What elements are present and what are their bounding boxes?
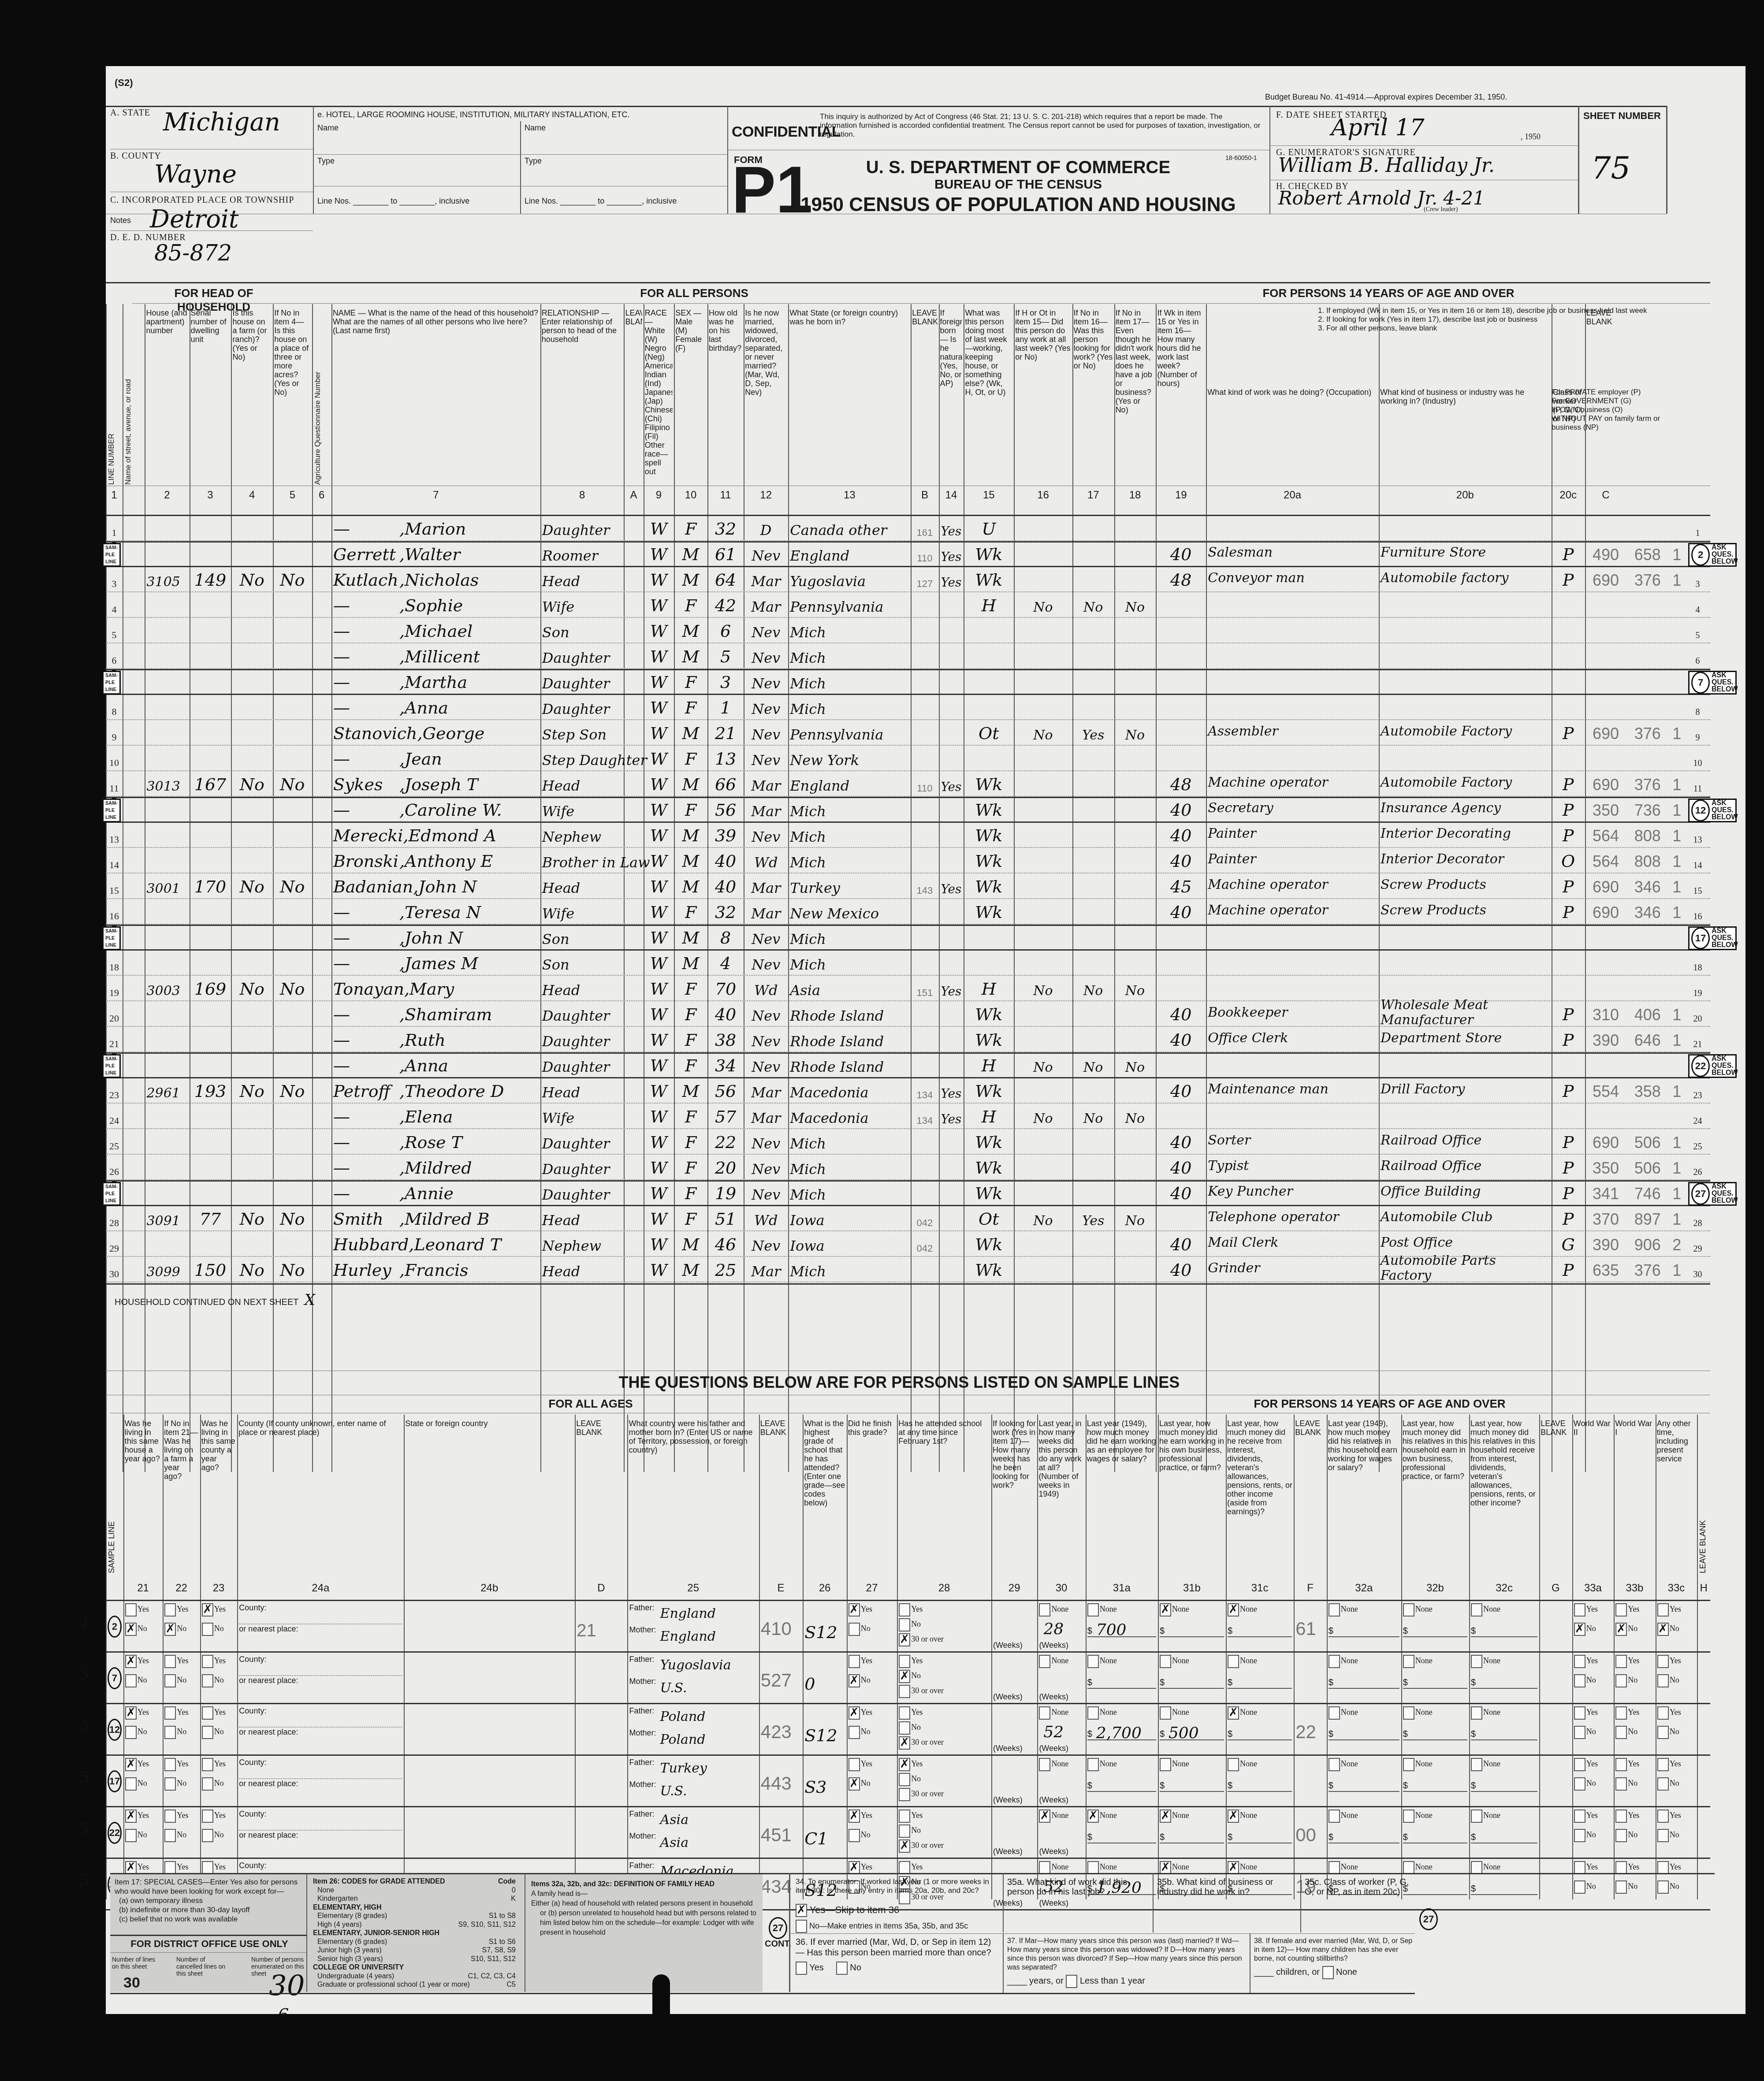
yes-checkbox[interactable]	[1657, 1758, 1669, 1771]
cell-code-industry: 406	[1628, 1001, 1667, 1027]
yes-checkbox[interactable]	[1574, 1758, 1585, 1771]
cell-code-class	[1670, 516, 1683, 541]
yes-checkbox[interactable]	[1657, 1861, 1669, 1874]
yes-checkbox[interactable]	[1657, 1706, 1669, 1720]
none-checkbox[interactable]	[1160, 1706, 1171, 1720]
no-checkbox[interactable]: ✗	[164, 1623, 176, 1636]
weeks-none[interactable]	[1039, 1758, 1050, 1771]
none-checkbox[interactable]	[1087, 1861, 1099, 1874]
yes-checkbox[interactable]	[202, 1861, 213, 1874]
none-checkbox[interactable]	[1087, 1655, 1099, 1668]
none-checkbox[interactable]	[1329, 1655, 1340, 1668]
no-checkbox[interactable]	[1657, 1726, 1669, 1739]
hotel-type-label-2: Type	[525, 156, 542, 165]
yes-checkbox[interactable]	[164, 1603, 176, 1616]
cell-name: —, Elena	[333, 1104, 539, 1129]
income-32b: None$	[1403, 1603, 1467, 1650]
cell-leave-blank-b: 110	[912, 541, 937, 567]
none-checkbox[interactable]	[1087, 1706, 1099, 1720]
cell-birthplace: Pennsylvania	[790, 592, 909, 618]
no-checkbox[interactable]	[1657, 1674, 1669, 1687]
cell-code-occupation: 690	[1587, 899, 1625, 925]
cell-q17	[1074, 899, 1113, 925]
cell-name: —, Shamiram	[333, 1001, 539, 1027]
grade-code-value: S10, S11, S12	[471, 1955, 516, 1964]
no-checkbox[interactable]	[1657, 1777, 1669, 1791]
mother-birthplace: U.S.	[660, 1784, 687, 1799]
none-checkbox[interactable]	[1228, 1758, 1239, 1771]
cell-class-of-worker: P	[1553, 822, 1583, 848]
cell-sex: M	[676, 822, 706, 848]
no-checkbox[interactable]	[1574, 1674, 1585, 1687]
income-32b: None$	[1403, 1706, 1467, 1753]
weeks-worked-value: 28	[1043, 1620, 1064, 1638]
school-yes[interactable]	[899, 1706, 910, 1720]
cell-hours	[1157, 1052, 1204, 1078]
surname: —	[333, 1005, 399, 1024]
none-checkbox[interactable]	[1329, 1861, 1340, 1874]
weeks-none[interactable]	[1039, 1861, 1050, 1874]
yes-checkbox[interactable]: ✗	[125, 1810, 137, 1823]
yes-no-21: ✗YesNo	[125, 1758, 161, 1804]
none-checkbox[interactable]	[1403, 1810, 1414, 1823]
cell-relationship: Wife	[542, 1104, 622, 1129]
given-name: Millicent	[405, 647, 480, 666]
no-checkbox[interactable]	[164, 1777, 176, 1791]
lines-on-sheet: 30	[123, 1974, 140, 1992]
yes-checkbox[interactable]	[1574, 1603, 1585, 1616]
table-row: 13Merecki, Edmond ANephewWM39NevMichWk40…	[106, 822, 1745, 848]
none-checkbox[interactable]	[1403, 1655, 1414, 1668]
column-number-q18: 18	[1114, 489, 1156, 502]
none-checkbox[interactable]	[1471, 1706, 1482, 1720]
yes-checkbox[interactable]	[1574, 1655, 1585, 1668]
cell-leave-blank-b	[912, 822, 937, 848]
margin-note: 5	[79, 1820, 89, 1838]
no-checkbox[interactable]	[164, 1674, 176, 1687]
yes-checkbox[interactable]	[1574, 1810, 1585, 1823]
no-checkbox[interactable]	[1574, 1726, 1585, 1739]
finished-grade: Yes✗No	[849, 1655, 895, 1701]
school-30-over[interactable]: ✗	[899, 1839, 910, 1853]
no-checkbox[interactable]: ✗	[125, 1623, 137, 1636]
none-checkbox[interactable]	[1403, 1706, 1414, 1720]
column-number-agq: 6	[312, 489, 331, 502]
cell-code-industry	[1628, 695, 1667, 720]
yes-checkbox[interactable]	[1615, 1706, 1627, 1720]
column-header-house: House (and apartment) number	[146, 308, 188, 485]
yes-checkbox[interactable]	[202, 1655, 213, 1668]
finished-yes[interactable]: ✗	[849, 1603, 860, 1616]
no-checkbox[interactable]	[1615, 1829, 1627, 1842]
none-checkbox[interactable]	[1403, 1861, 1414, 1874]
cell-industry: Interior Decorator	[1381, 848, 1550, 873]
cell-birthplace: Asia	[790, 976, 909, 1001]
none-checkbox[interactable]	[1471, 1603, 1482, 1616]
cell-age: 40	[709, 848, 742, 873]
cell-marital: Nev	[745, 1001, 786, 1027]
cell-acres	[275, 1001, 310, 1027]
no-checkbox[interactable]	[1615, 1726, 1627, 1739]
form-code: 18-60050-1	[1225, 154, 1257, 161]
sample-circle: 22	[1691, 1055, 1710, 1077]
cell-marital: Nev	[745, 669, 786, 695]
q34-yes-checkbox[interactable]: ✗	[796, 1904, 807, 1917]
table-row: 24—, ElenaWifeWF57MarMacedonia134YesHNoN…	[106, 1104, 1745, 1129]
finished-no[interactable]: ✗	[849, 1777, 860, 1791]
cell-q16	[1016, 643, 1071, 669]
line-number: 24	[108, 1104, 121, 1129]
cell-occupation: Bookkeeper	[1208, 1001, 1377, 1027]
county-value: Wayne	[154, 160, 237, 189]
cell-marital: Nev	[745, 1155, 786, 1180]
no-checkbox[interactable]	[164, 1829, 176, 1842]
sample-header-21: Was he living in this same house a year …	[125, 1419, 162, 1573]
cell-class-of-worker	[1553, 643, 1583, 669]
weeks-none[interactable]	[1039, 1706, 1050, 1720]
school-yes[interactable]	[899, 1603, 910, 1616]
column-header-q17: If No in item 16— Was this person lookin…	[1074, 308, 1113, 485]
cell-q16	[1016, 899, 1071, 925]
sample-line-circle: 2	[108, 1603, 122, 1650]
finished-no[interactable]	[849, 1623, 860, 1636]
school-30-over[interactable]: ✗	[899, 1633, 910, 1646]
line-number: 16	[108, 899, 121, 925]
cell-age: 6	[709, 618, 742, 643]
yes-checkbox[interactable]: ✗	[202, 1603, 213, 1616]
no-checkbox[interactable]	[202, 1623, 213, 1636]
no-checkbox[interactable]	[125, 1674, 137, 1687]
cell-serial-number	[191, 669, 230, 695]
cell-relationship: Step Daughter	[542, 746, 622, 771]
no-checkbox[interactable]	[1615, 1674, 1627, 1687]
sample-row: 125✗YesNoYesNoYesNoCounty:or nearest pla…	[106, 1704, 1745, 1755]
finished-no[interactable]	[849, 1726, 860, 1739]
income-31b: None$	[1160, 1758, 1224, 1804]
cell-leave-blank-b	[912, 1129, 937, 1155]
yes-checkbox[interactable]	[164, 1861, 176, 1874]
cell-race: W	[645, 720, 673, 746]
none-checkbox[interactable]	[1471, 1758, 1482, 1771]
school-no[interactable]	[899, 1773, 910, 1786]
cell-sex: F	[676, 797, 706, 822]
finished-no[interactable]	[849, 1829, 860, 1842]
none-checkbox[interactable]	[1087, 1603, 1099, 1616]
q37-less-label: Less than 1 year	[1080, 1976, 1145, 1986]
finished-yes[interactable]: ✗	[849, 1861, 860, 1874]
cell-birthplace: Mich	[790, 1155, 909, 1180]
no-checkbox[interactable]	[125, 1726, 137, 1739]
no-checkbox[interactable]	[202, 1829, 213, 1842]
cell-class-of-worker: P	[1553, 1001, 1583, 1027]
no-checkbox[interactable]	[125, 1829, 137, 1842]
no-checkbox[interactable]	[164, 1726, 176, 1739]
school-no[interactable]	[899, 1825, 910, 1838]
given-name: Anna	[405, 698, 448, 717]
school-30-over[interactable]	[899, 1685, 910, 1698]
sample-number-33a: 33a	[1572, 1582, 1614, 1594]
none-checkbox[interactable]	[1471, 1810, 1482, 1823]
no-checkbox[interactable]	[1615, 1880, 1627, 1894]
yes-no-21: Yes✗No	[125, 1603, 161, 1650]
none-checkbox[interactable]	[1329, 1810, 1340, 1823]
cell-activity	[965, 925, 1012, 950]
finished-yes[interactable]: ✗	[849, 1810, 860, 1823]
none-checkbox[interactable]: ✗	[1228, 1603, 1239, 1616]
sample-header-32a: Last year (1949), how much money did his…	[1328, 1419, 1400, 1573]
q36-no-checkbox[interactable]	[836, 1962, 848, 1975]
none-checkbox[interactable]: ✗	[1160, 1861, 1171, 1874]
no-checkbox[interactable]	[1574, 1777, 1585, 1791]
cell-name: Bronski, Anthony E	[333, 848, 539, 873]
yes-checkbox[interactable]	[1657, 1810, 1669, 1823]
school-30-over[interactable]	[899, 1788, 910, 1801]
none-checkbox[interactable]	[1228, 1655, 1239, 1668]
section-all-ages: FOR ALL AGES	[110, 1397, 1071, 1411]
cell-occupation: Telephone operator	[1208, 1206, 1377, 1231]
given-name: Caroline W.	[405, 800, 502, 820]
sample-header-33a: World War II	[1574, 1419, 1612, 1573]
grade-code-row: None0	[313, 1886, 516, 1895]
yes-checkbox[interactable]: ✗	[125, 1706, 137, 1720]
q34-no-checkbox[interactable]	[796, 1920, 807, 1933]
column-number-q17: 17	[1072, 489, 1114, 502]
yes-checkbox[interactable]	[1615, 1758, 1627, 1771]
none-checkbox[interactable]: ✗	[1228, 1706, 1239, 1720]
line-number: 23	[108, 1078, 121, 1104]
none-checkbox[interactable]	[1160, 1655, 1171, 1668]
school-no[interactable]	[899, 1618, 910, 1631]
cell-q18	[1116, 541, 1154, 567]
grade-code-label: Undergraduate (4 years)	[317, 1972, 394, 1981]
cell-code-class: 1	[1670, 541, 1683, 567]
line-number-right: 14	[1687, 848, 1708, 873]
yes-checkbox[interactable]	[1615, 1603, 1627, 1616]
finished-no[interactable]: ✗	[849, 1674, 860, 1687]
weeks-none[interactable]	[1039, 1655, 1050, 1668]
q36-yes-checkbox[interactable]	[796, 1962, 807, 1975]
father-birthplace: Turkey	[660, 1761, 707, 1776]
mother-birthplace: Asia	[660, 1835, 688, 1851]
cell-acres	[275, 695, 310, 720]
cell-naturalized	[941, 643, 962, 669]
cell-acres: No	[275, 567, 310, 592]
yes-checkbox[interactable]	[1574, 1861, 1585, 1874]
no-checkbox[interactable]	[125, 1777, 137, 1791]
cell-relationship: Son	[542, 950, 622, 976]
cell-occupation: Machine operator	[1208, 899, 1377, 925]
cell-age: 64	[709, 567, 742, 592]
no-checkbox[interactable]	[1657, 1880, 1669, 1894]
yes-checkbox[interactable]	[164, 1655, 176, 1668]
yes-checkbox[interactable]	[164, 1706, 176, 1720]
sample-line-number: 22	[108, 1822, 122, 1844]
sample-header-31a: Last year (1949), how much money did he …	[1087, 1419, 1157, 1573]
given-name: Annie	[405, 1184, 454, 1203]
line-number-right: 4	[1687, 592, 1708, 618]
weeks-none[interactable]: ✗	[1039, 1810, 1050, 1823]
yes-checkbox[interactable]	[1615, 1810, 1627, 1823]
cell-birthplace: New York	[790, 746, 909, 771]
finished-yes[interactable]	[849, 1758, 860, 1771]
yes-checkbox[interactable]	[1574, 1706, 1585, 1720]
school-30-over[interactable]: ✗	[899, 1736, 910, 1750]
cell-house-number	[146, 822, 187, 848]
line-number-right: 20	[1687, 1001, 1708, 1027]
none-checkbox[interactable]	[1329, 1706, 1340, 1720]
q34-text: 34. To enumerator: If worked last year (…	[796, 1877, 1003, 1895]
yes-checkbox[interactable]: ✗	[125, 1655, 137, 1668]
none-checkbox[interactable]	[1160, 1758, 1171, 1771]
none-checkbox[interactable]	[1471, 1655, 1482, 1668]
cell-hours	[1157, 950, 1204, 976]
none-checkbox[interactable]: ✗	[1160, 1810, 1171, 1823]
none-checkbox[interactable]	[1329, 1603, 1340, 1616]
checked-signature: Robert Arnold Jr. 4-21	[1278, 187, 1485, 209]
cell-race: W	[645, 592, 673, 618]
yes-checkbox[interactable]	[202, 1758, 213, 1771]
cell-occupation: Machine operator	[1208, 771, 1377, 797]
cell-serial-number	[191, 720, 230, 746]
no-checkbox[interactable]: ✗	[1574, 1623, 1585, 1636]
cell-occupation: Typist	[1208, 1155, 1377, 1180]
income-32c: None$	[1471, 1861, 1537, 1907]
surname: —	[333, 1107, 399, 1126]
finished-yes[interactable]: ✗	[849, 1706, 860, 1720]
cell-naturalized: Yes	[941, 541, 962, 567]
none-checkbox[interactable]	[1329, 1758, 1340, 1771]
school-no[interactable]: ✗	[899, 1670, 910, 1683]
cell-relationship: Wife	[542, 797, 622, 822]
cell-q17	[1074, 848, 1113, 873]
no-checkbox[interactable]	[1574, 1829, 1585, 1842]
none-checkbox[interactable]	[1403, 1603, 1414, 1616]
cell-q18	[1116, 925, 1154, 950]
cell-hours: 40	[1157, 541, 1204, 567]
cell-marital: Nev	[745, 695, 786, 720]
no-checkbox[interactable]	[202, 1726, 213, 1739]
yes-checkbox[interactable]	[125, 1603, 137, 1616]
none-checkbox[interactable]: ✗	[1228, 1810, 1239, 1823]
given-name: Edmond A	[408, 826, 496, 845]
cell-naturalized: Yes	[941, 771, 962, 797]
cell-age: 25	[709, 1257, 742, 1282]
yes-checkbox[interactable]	[202, 1706, 213, 1720]
weeks-none[interactable]	[1039, 1603, 1050, 1616]
none-checkbox[interactable]: ✗	[1087, 1810, 1099, 1823]
yes-no-22: Yes✗No	[164, 1603, 198, 1650]
no-checkbox[interactable]	[1657, 1829, 1669, 1842]
cell-race: W	[645, 1180, 673, 1206]
cell-activity: Wk	[965, 771, 1012, 797]
column-header-race: RACE — White (W) Negro (Neg) American In…	[645, 308, 673, 485]
cell-leave-blank-b	[912, 1001, 937, 1027]
none-checkbox[interactable]: ✗	[1160, 1603, 1171, 1616]
cell-occupation: Grinder	[1208, 1257, 1377, 1282]
cell-q18	[1116, 1001, 1154, 1027]
cell-q17	[1074, 950, 1113, 976]
no-checkbox[interactable]	[1615, 1777, 1627, 1791]
table-row: 12—, Caroline W.WifeWF56MarMichWk40Secre…	[106, 797, 1745, 822]
yes-checkbox[interactable]	[164, 1810, 176, 1823]
cell-industry	[1381, 746, 1550, 771]
cell-leave-blank-b: 143	[912, 873, 937, 899]
grade-code-row: ELEMENTARY, HIGH	[313, 1903, 516, 1912]
q37: 37. If Mar—How many years since this per…	[1007, 1937, 1245, 1988]
column-number-age: 11	[707, 489, 744, 502]
yes-checkbox[interactable]	[1615, 1861, 1627, 1874]
school-yes[interactable]: ✗	[899, 1758, 910, 1771]
cell-birthplace: Mich	[790, 695, 909, 720]
cell-farm	[233, 643, 271, 669]
grade-code-label: ELEMENTARY, HIGH	[313, 1903, 382, 1912]
state-label: a. STATE	[110, 108, 150, 118]
given-name: Mary	[409, 979, 454, 999]
yes-checkbox[interactable]	[1657, 1655, 1669, 1668]
hotel-type-label-1: Type	[317, 156, 335, 165]
none-checkbox[interactable]	[1087, 1758, 1099, 1771]
school-yes[interactable]	[899, 1861, 910, 1874]
q37-less-checkbox[interactable]	[1066, 1975, 1077, 1988]
yes-checkbox[interactable]: ✗	[125, 1758, 137, 1771]
cell-house-number	[146, 746, 187, 771]
cell-sex: F	[676, 746, 706, 771]
school-yes[interactable]	[899, 1655, 910, 1668]
none-checkbox[interactable]	[1403, 1758, 1414, 1771]
no-checkbox[interactable]	[202, 1777, 213, 1791]
given-name: Anthony E	[405, 851, 493, 871]
none-checkbox[interactable]	[1471, 1861, 1482, 1874]
cell-code-occupation	[1587, 746, 1625, 771]
cell-class-of-worker	[1553, 925, 1583, 950]
yes-checkbox[interactable]	[164, 1758, 176, 1771]
no-checkbox[interactable]	[202, 1674, 213, 1687]
no-checkbox[interactable]: ✗	[1657, 1623, 1669, 1636]
cell-activity: Wk	[965, 1001, 1012, 1027]
place-value: Detroit	[150, 205, 238, 234]
school-no[interactable]	[899, 1721, 910, 1735]
cell-q17	[1074, 1231, 1113, 1257]
cell-q16	[1016, 695, 1071, 720]
school-yes[interactable]	[899, 1810, 910, 1823]
no-checkbox[interactable]: ✗	[1615, 1623, 1627, 1636]
yes-checkbox[interactable]	[202, 1810, 213, 1823]
cell-code-occupation: 370	[1587, 1206, 1625, 1231]
yes-no-33c: YesNo	[1657, 1810, 1695, 1856]
yes-checkbox[interactable]	[1657, 1603, 1669, 1616]
yes-checkbox[interactable]: ✗	[125, 1861, 137, 1874]
q38-none-checkbox[interactable]	[1322, 1966, 1334, 1979]
cell-marital: Mar	[745, 567, 786, 592]
cell-q16	[1016, 1129, 1071, 1155]
none-checkbox[interactable]: ✗	[1228, 1861, 1239, 1874]
given-name: John N	[418, 877, 476, 896]
table-row: 7—, MarthaDaughterWF3NevMich77ASK QUES. …	[106, 669, 1745, 695]
cell-hours: 40	[1157, 822, 1204, 848]
yes-checkbox[interactable]	[1615, 1655, 1627, 1668]
margin-note: 5	[79, 1769, 89, 1787]
cell-code-industry: 506	[1628, 1155, 1667, 1180]
q35a: 35a. What kind of work did this person d…	[1007, 1877, 1148, 1897]
cell-age: 66	[709, 771, 742, 797]
no-checkbox[interactable]	[1574, 1880, 1585, 1894]
cell-q18	[1116, 797, 1154, 822]
instruction-2: 2. If looking for work (Yes in item 17),…	[1318, 315, 1679, 324]
cancelled-lines-label: Number of cancelled lines on this sheet	[176, 1956, 229, 1977]
cell-leave-blank-b	[912, 925, 937, 950]
sample-line-circle: 17	[108, 1758, 122, 1804]
finished-yes[interactable]	[849, 1655, 860, 1668]
